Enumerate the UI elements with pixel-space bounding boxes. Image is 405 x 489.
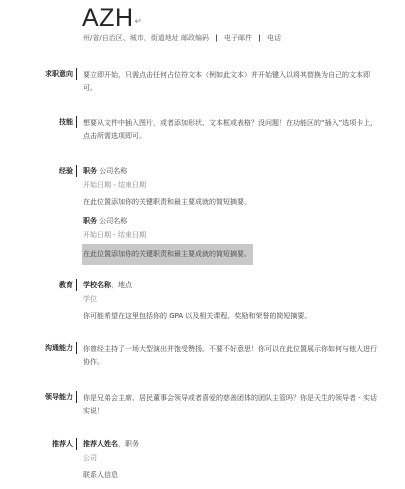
section-divider	[76, 438, 77, 450]
job-dates: 开始日期 - 结束日期	[83, 178, 383, 192]
contact-line[interactable]: 州/省/自治区、城市，街道地址 邮政编码 | 电子邮件 | 电话	[83, 33, 281, 43]
section-label: 推荐人	[52, 439, 73, 449]
reference-company: 公司	[83, 451, 383, 465]
section-label: 求职意向	[45, 69, 73, 79]
section-label: 经验	[59, 166, 73, 176]
address-text: 州/省/自治区、城市，街道地址 邮政编码	[83, 34, 209, 42]
section-divider	[76, 391, 77, 403]
section-label: 教育	[59, 280, 73, 290]
degree-text: 学位	[83, 292, 383, 306]
education-text: 你可能希望在这里包括你的 GPA 以及相关课程、奖励和荣誉的简短摘要。	[83, 309, 383, 323]
section-divider	[76, 68, 77, 80]
objective-text: 要立即开始，只需点击任何占位符文本（例如此文本）并开始键入以将其替换为自己的文本…	[83, 69, 383, 95]
job-summary-selected[interactable]: 在此位置添加你的关键职责和最主要成就的简短摘要。	[82, 244, 253, 265]
job-title-line: 职务 公司名称	[83, 214, 383, 228]
communication-text: 你曾经主持了一场大型演出并饱受赞扬。不要不好意思！你可以在此位置展示你如何与他人…	[83, 343, 383, 369]
separator: |	[215, 34, 218, 42]
leadership-text: 你是兄弟会主席、居民董事会领导或者喜爱的慈善团体的团队主管吗？你是天生的领导者 …	[83, 392, 383, 418]
section-divider	[76, 116, 77, 128]
section-content[interactable]: 学校名称，地点 学位 你可能希望在这里包括你的 GPA 以及相关课程、奖励和荣誉…	[83, 278, 383, 323]
separator: |	[258, 34, 261, 42]
section-content[interactable]: 要立即开始，只需点击任何占位符文本（例如此文本）并开始键入以将其替换为自己的文本…	[83, 69, 383, 95]
section-label: 领导能力	[45, 392, 73, 402]
section-content[interactable]: 职务 公司名称 开始日期 - 结束日期 在此位置添加你的关键职责和最主要成就的简…	[83, 164, 383, 265]
section-label: 技能	[59, 117, 73, 127]
section-divider	[76, 279, 77, 291]
job-dates: 开始日期 - 结束日期	[83, 228, 383, 242]
resume-page[interactable]: AZH↵ 州/省/自治区、城市，街道地址 邮政编码 | 电子邮件 | 电话 求职…	[0, 0, 405, 489]
job-summary: 在此位置添加你的关键职责和最主要成就的简短摘要。	[83, 195, 383, 209]
reference-name-line: 推荐人姓名，职务	[83, 437, 383, 451]
section-label: 沟通能力	[45, 343, 73, 353]
phone-text: 电话	[267, 34, 281, 42]
section-divider	[76, 165, 77, 177]
name-heading[interactable]: AZH↵	[82, 4, 143, 35]
school-line: 学校名称，地点	[83, 278, 383, 292]
section-divider	[76, 342, 77, 354]
paragraph-mark-icon: ↵	[135, 16, 143, 26]
section-content[interactable]: 推荐人姓名，职务 公司 联系人信息	[83, 437, 383, 482]
section-content[interactable]: 你曾经主持了一场大型演出并饱受赞扬。不要不好意思！你可以在此位置展示你如何与他人…	[83, 343, 383, 369]
skills-text: 想要从文件中插入图片，或者添加形状、文本框或表格？没问题！在功能区的“插入”选项…	[83, 117, 383, 143]
section-content[interactable]: 想要从文件中插入图片，或者添加形状、文本框或表格？没问题！在功能区的“插入”选项…	[83, 117, 383, 143]
reference-contact: 联系人信息	[83, 468, 383, 482]
email-text: 电子邮件	[224, 34, 252, 42]
job-title-line: 职务 公司名称	[83, 164, 383, 178]
section-content[interactable]: 你是兄弟会主席、居民董事会领导或者喜爱的慈善团体的团队主管吗？你是天生的领导者 …	[83, 392, 383, 418]
